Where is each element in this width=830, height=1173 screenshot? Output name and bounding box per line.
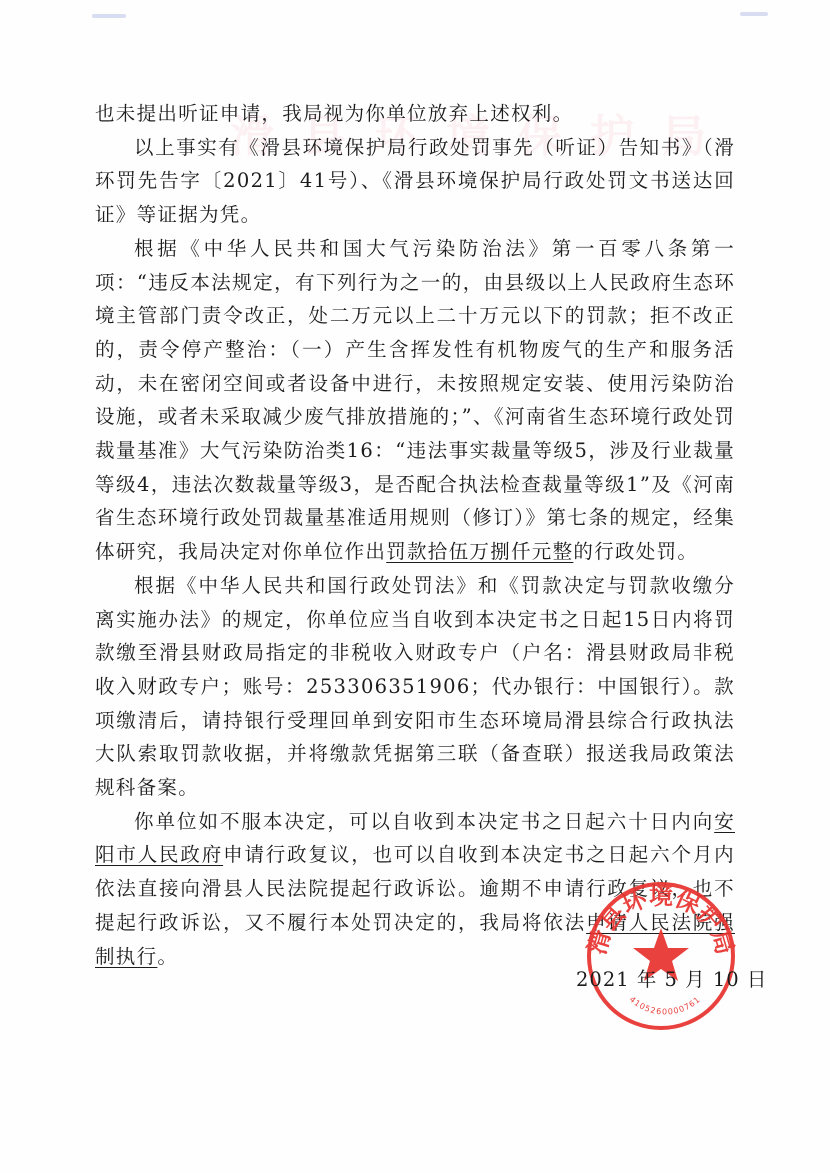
text-segment: 的行政处罚。 (573, 540, 698, 563)
text-segment: 根据《中华人民共和国大气污染防治法》第一百零八条第一项：“违反本法规定，有下列行… (95, 237, 735, 563)
underlined-text: 罚款拾伍万捌仟元整 (386, 540, 573, 563)
document-page: 滑县环境保护局 也未提出听证申请，我局视为你单位放弃上述权利。 以上事实有《滑县… (0, 0, 830, 1173)
paragraph-hearing-waiver: 也未提出听证申请，我局视为你单位放弃上述权利。 (95, 97, 735, 131)
scan-artifact (740, 12, 768, 16)
paragraph-payment-instructions: 根据《中华人民共和国行政处罚法》和《罚款决定与罚款收缴分离实施办法》的规定，你单… (95, 569, 735, 805)
text-segment: 也未提出听证申请，我局视为你单位放弃上述权利。 (95, 102, 573, 125)
document-body: 也未提出听证申请，我局视为你单位放弃上述权利。 以上事实有《滑县环境保护局行政处… (95, 97, 735, 973)
text-segment: 。 (157, 945, 178, 968)
seal-code: 4105260000761 (628, 995, 703, 1017)
text-segment: 你单位如不服本决定，可以自收到本决定书之日起六十日内向 (134, 810, 714, 833)
issue-date: 2021 年 5 月 10 日 (576, 964, 767, 992)
scan-artifact (92, 14, 126, 18)
text-segment: 根据《中华人民共和国行政处罚法》和《罚款决定与罚款收缴分离实施办法》的规定，你单… (95, 574, 735, 799)
paragraph-legal-basis: 根据《中华人民共和国大气污染防治法》第一百零八条第一项：“违反本法规定，有下列行… (95, 232, 735, 569)
paragraph-evidence: 以上事实有《滑县环境保护局行政处罚事先（听证）告知书》（滑环罚先告字〔2021〕… (95, 131, 735, 232)
official-seal-stamp: 滑县环境保护局 4105260000761 (585, 880, 737, 1032)
text-segment: 以上事实有《滑县环境保护局行政处罚事先（听证）告知书》（滑环罚先告字〔2021〕… (95, 136, 735, 226)
